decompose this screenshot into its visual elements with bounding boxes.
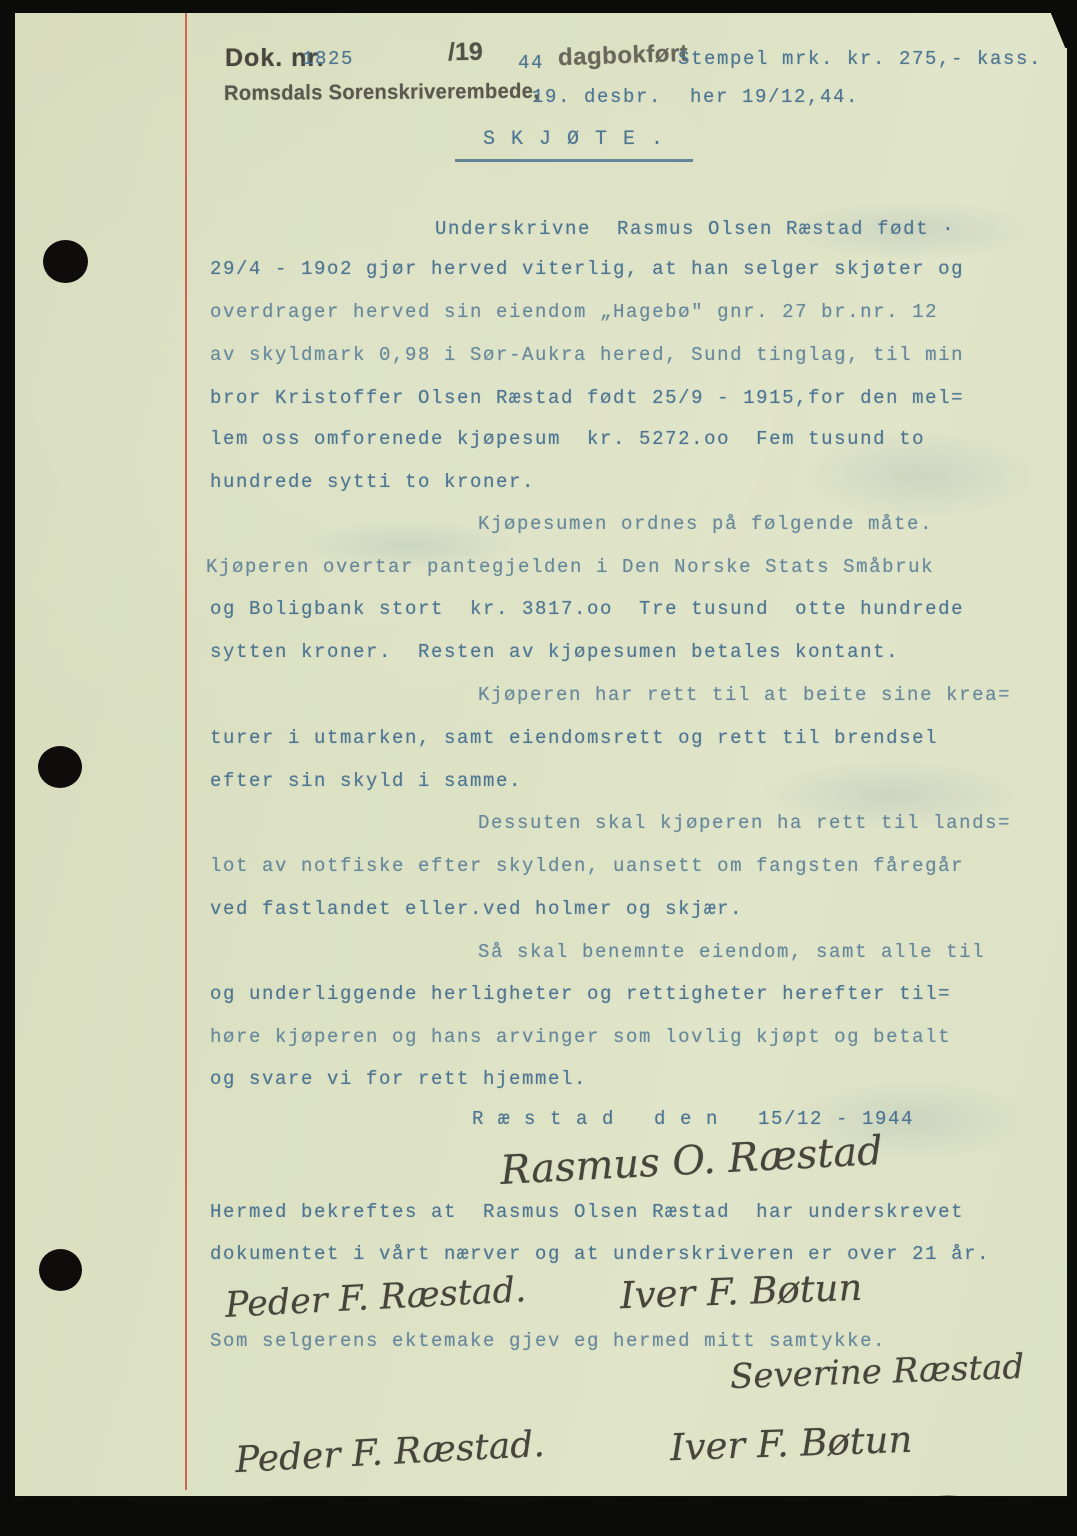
body-line: av skyldmark 0,98 i Sør-Aukra hered, Sun…	[210, 346, 964, 365]
body-line: Kjøpesumen ordnes på følgende måte.	[478, 515, 933, 534]
place-date-line: R æ s t a d d e n 15/12 - 1944	[472, 1110, 914, 1129]
attestation-line2: dokumentet i vårt nærver og at underskri…	[210, 1245, 990, 1264]
punch-hole	[43, 240, 88, 283]
body-line: ved fastlandet eller.ved holmer og skjær…	[210, 900, 743, 919]
office-stamp: Romsdals Sorenskriverembede,	[224, 80, 539, 106]
body-line: efter sin skyld i samme.	[210, 772, 522, 791]
scan-edge-top	[0, 0, 1077, 13]
stamp-fee-note-line2: her 19/12,44.	[690, 88, 859, 107]
body-line: turer i utmarken, samt eiendomsrett og r…	[210, 729, 938, 748]
witness2-signature-repeat: Iver F. Bøtun	[669, 1418, 913, 1469]
body-line: hundrede sytti to kroner.	[210, 473, 535, 492]
body-line: bror Kristoffer Olsen Ræstad født 25/9 -…	[210, 389, 964, 408]
body-line: 29/4 - 19o2 gjør herved viterlig, at han…	[210, 260, 964, 279]
body-line: Dessuten skal kjøperen ha rett til lands…	[478, 814, 1011, 833]
registration-date: 19. desbr.	[532, 88, 662, 107]
scan-edge-left	[0, 0, 15, 1536]
body-line: Kjøperen har rett til at beite sine krea…	[478, 686, 1011, 705]
body-line: Underskrivne Rasmus Olsen Ræstad født ·	[435, 220, 955, 239]
doc-number-value: 1825	[302, 50, 354, 69]
body-line: Kjøperen overtar pantegjelden i Den Nors…	[206, 558, 934, 577]
red-margin-rule	[185, 12, 187, 1490]
witness2-signature: Iver F. Bøtun	[619, 1266, 863, 1317]
body-line: og svare vi for rett hjemmel.	[210, 1070, 587, 1089]
punch-hole	[39, 1249, 82, 1291]
doc-year-value: 44	[518, 54, 544, 73]
journal-year-stamp: /19	[448, 38, 483, 68]
body-line: høre kjøperen og hans arvinger som lovli…	[210, 1028, 951, 1047]
body-line: og underliggende herligheter og rettighe…	[210, 985, 951, 1004]
body-line: overdrager herved sin eiendom „Hagebø" g…	[210, 303, 938, 322]
attestation-line1: Hermed bekreftes at Rasmus Olsen Ræstad …	[210, 1203, 964, 1222]
stamp-fee-note-line1: Stempel mrk. kr. 275,- kass.	[678, 50, 1042, 69]
body-line: lot av notfiske efter skylden, uansett o…	[210, 857, 964, 876]
body-line: Så skal benemnte eiendom, samt alle til	[478, 943, 985, 962]
scan-edge-right	[1071, 30, 1077, 1536]
dagbokfort-stamp: dagbokført	[558, 40, 689, 73]
spouse-consent-line: Som selgerens ektemake gjev eg hermed mi…	[210, 1332, 886, 1351]
punch-hole	[38, 746, 82, 788]
body-line: og Boligbank stort kr. 3817.oo Tre tusun…	[210, 600, 964, 619]
scanned-deed-page: Dok. nr. 1825 /19 44 dagbokført Romsdals…	[0, 0, 1077, 1536]
body-line: lem oss omforenede kjøpesum kr. 5272.oo …	[210, 430, 925, 449]
body-line: sytten kroner. Resten av kjøpesumen beta…	[210, 643, 899, 662]
document-title: S K J Ø T E .	[455, 128, 693, 162]
